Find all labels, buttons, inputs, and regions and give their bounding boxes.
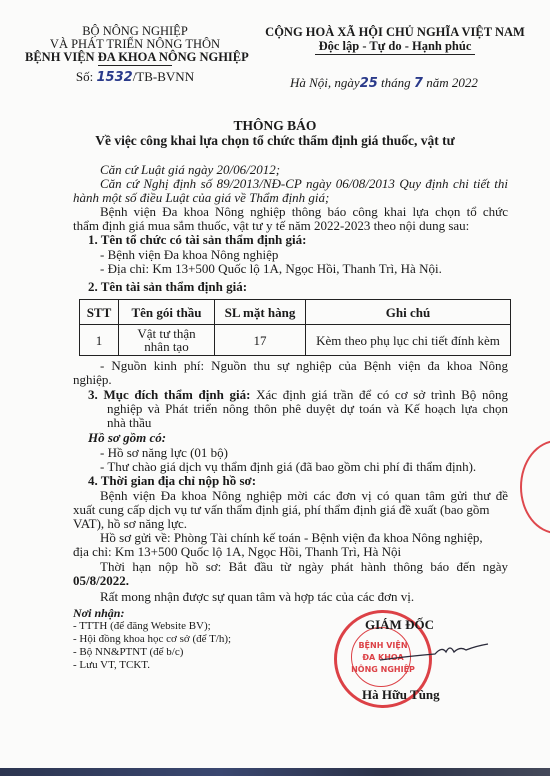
header-stt: STT xyxy=(80,300,119,325)
partial-stamp-edge xyxy=(520,440,550,534)
signature-scribble xyxy=(380,640,490,664)
date-year: năm 2022 xyxy=(423,75,478,90)
stamp-line-3: NÔNG NGHIỆP xyxy=(337,665,429,675)
section-4-para-2-line-2: địa chỉ: Km 13+500 Quốc lộ 1A, Ngọc Hồi,… xyxy=(73,545,401,559)
table-row: 1 Vật tư thận nhân tạo 17 Kèm theo phụ l… xyxy=(80,325,511,356)
closing-line: Rất mong nhận được sự quan tâm và hợp tá… xyxy=(100,590,414,604)
funding-line-2: nghiệp. xyxy=(73,373,112,387)
section-3-line-3: nhà thầu xyxy=(107,416,151,430)
hospital-name: BỆNH VIỆN ĐA KHOA NÔNG NGHIỆP xyxy=(25,51,245,64)
section-4-para-3-line-1: Thời hạn nộp hồ sơ: Bắt đầu từ ngày phát… xyxy=(100,560,508,574)
motto: Độc lập - Tự do - Hạnh phúc xyxy=(255,40,535,53)
header-notes: Ghi chú xyxy=(306,300,511,325)
date-prefix: Hà Nội, ngày xyxy=(290,75,360,90)
section-1-heading: 1. Tên tổ chức có tài sản thẩm định giá: xyxy=(88,233,306,247)
section-3-line-1: 3. Mục đích thẩm định giá: Xác định giá … xyxy=(88,388,508,402)
number-prefix: Số: xyxy=(76,69,97,84)
intro-line-2: thẩm định giá mua sắm thuốc, vật tư y tế… xyxy=(73,219,469,233)
header-package-name: Tên gói thầu xyxy=(119,300,215,325)
funding-line-1: - Nguồn kinh phí: Nguồn thu sự nghiệp củ… xyxy=(100,359,508,373)
section-3-line-2: nghiệp và Phát triển nông thôn phê duyệt… xyxy=(107,402,508,416)
recipient-item: - TTTH (để đăng Website BV); xyxy=(73,620,211,632)
intro-line-1: Bệnh viện Đa khoa Nông nghiệp thông báo … xyxy=(100,205,508,219)
section-4-para-1-line-1: Bệnh viện Đa khoa Nông nghiệp mời các đơ… xyxy=(100,489,508,503)
section-3-text: Xác định giá trần để có cơ sở trình Bộ n… xyxy=(250,387,508,402)
place-date: Hà Nội, ngày25 tháng 7 năm 2022 xyxy=(290,75,478,91)
section-1-item-2: - Địa chỉ: Km 13+500 Quốc lộ 1A, Ngọc Hồ… xyxy=(100,262,442,276)
hospital-underline xyxy=(98,65,172,66)
cell-stt: 1 xyxy=(80,325,119,356)
documents-item-1: - Hồ sơ năng lực (01 bộ) xyxy=(100,446,228,460)
hospital-name-text: BỆNH VIỆN ĐA KHOA NÔNG NGHIỆP xyxy=(25,50,249,64)
notice-title: THÔNG BÁO xyxy=(0,118,550,134)
date-month-label: tháng xyxy=(378,75,414,90)
scan-edge-strip xyxy=(0,768,550,776)
section-1-item-1: - Bệnh viện Đa khoa Nông nghiệp xyxy=(100,248,278,262)
legal-basis-2-line-2: hành một số điều Luật của giá về Thẩm đị… xyxy=(73,191,329,205)
cell-notes: Kèm theo phụ lục chi tiết đính kèm xyxy=(306,325,511,356)
republic-title: CỘNG HOÀ XÃ HỘI CHỦ NGHĨA VIỆT NAM xyxy=(255,26,535,39)
notice-subtitle: Về việc công khai lựa chọn tổ chức thẩm … xyxy=(0,133,550,149)
header-item-count: SL mặt hàng xyxy=(215,300,306,325)
section-4-heading: 4. Thời gian địa chỉ nộp hồ sơ: xyxy=(88,474,256,488)
date-day: 25 xyxy=(360,76,378,91)
legal-basis-2-line-1: Căn cứ Nghị định số 89/2013/NĐ-CP ngày 0… xyxy=(100,177,508,191)
number-suffix: /TB-BVNN xyxy=(133,69,194,84)
recipient-item: - Hội đồng khoa học cơ sở (để T/h); xyxy=(73,633,231,645)
documents-heading: Hồ sơ gồm có: xyxy=(88,431,166,445)
document-number: Số: 1532/TB-BVNN xyxy=(30,70,240,84)
signatory-name: Hà Hữu Tùng xyxy=(362,687,440,703)
section-3-heading: 3. Mục đích thẩm định giá: xyxy=(88,387,250,402)
number-handwritten: 1532 xyxy=(97,70,133,85)
motto-underline xyxy=(315,54,475,55)
recipients-heading: Nơi nhận: xyxy=(73,606,124,621)
recipient-item: - Lưu VT, TCKT. xyxy=(73,659,150,671)
recipient-item: - Bộ NN&PTNT (để b/c) xyxy=(73,646,183,658)
signatory-title: GIÁM ĐỐC xyxy=(365,617,434,633)
asset-table: STT Tên gói thầu SL mặt hàng Ghi chú 1 V… xyxy=(79,299,511,356)
date-month: 7 xyxy=(414,76,423,91)
legal-basis-1: Căn cứ Luật giá ngày 20/06/2012; xyxy=(100,163,280,177)
section-4-para-2-line-1: Hồ sơ gửi về: Phòng Tài chính kế toán - … xyxy=(100,531,483,545)
deadline-date: 05/8/2022. xyxy=(73,574,129,588)
table-header-row: STT Tên gói thầu SL mặt hàng Ghi chú xyxy=(80,300,511,325)
cell-package-name: Vật tư thận nhân tạo xyxy=(119,325,215,356)
documents-item-2: - Thư chào giá dịch vụ thẩm định giá (đã… xyxy=(100,460,476,474)
cell-item-count: 17 xyxy=(215,325,306,356)
section-4-para-1-line-3: VAT), hồ sơ năng lực. xyxy=(73,517,187,531)
section-2-heading: 2. Tên tài sản thẩm định giá: xyxy=(88,280,247,294)
section-4-para-1-line-2: xuất cung cấp dịch vụ tư vấn thẩm định g… xyxy=(73,503,489,517)
